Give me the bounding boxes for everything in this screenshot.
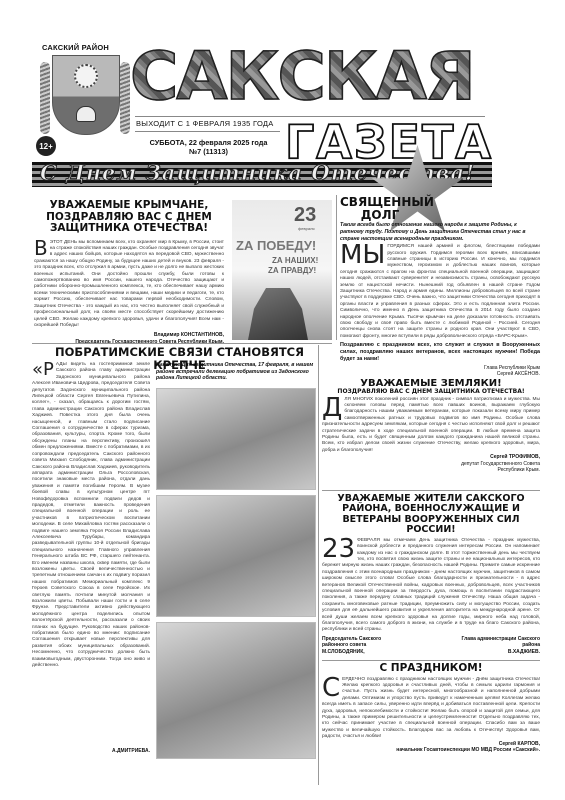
article-konstantinov: УВАЖАЕМЫЕ КРЫМЧАНЕ, ПОЗДРАВЛЯЮ ВАС С ДНЕ… — [34, 200, 224, 345]
photo-delegation-memorial — [156, 495, 316, 617]
issue-dateline: СУББОТА, 22 февраля 2025 года №7 (11313) — [136, 138, 281, 156]
column-divider — [318, 345, 319, 785]
poster-slogan-3: ZА ПРАВДУ! — [268, 266, 316, 275]
signer-left: Председатель Сакского районного совета М… — [322, 636, 402, 656]
dropcap: «Р — [32, 362, 54, 378]
dropcap: МЫ — [340, 244, 385, 266]
section-divider — [322, 490, 540, 491]
poster-date-number: 23 — [294, 204, 316, 227]
article-body: ДЛЯ МНОГИХ поколений россиян этот праздн… — [322, 397, 540, 455]
divider — [135, 131, 280, 132]
article-district: УВАЖАЕМЫЕ ЖИТЕЛИ САКСКОГО РАЙОНА, ВОЕННО… — [322, 494, 540, 655]
article-body: СЕРДЕЧНО поздравляю с праздником настоящ… — [322, 677, 540, 741]
age-rating-badge: 12+ — [36, 136, 56, 156]
signers: Председатель Сакского районного совета М… — [322, 636, 540, 656]
crest-wheat-right — [120, 62, 130, 134]
signature-name: Сергей ТРОФИМОВ, — [322, 454, 540, 461]
article-karpov: С ПРАЗДНИКОМ! СЕРДЕЧНО поздравляю с праз… — [322, 663, 540, 754]
article-headline: УВАЖАЕМЫЕ КРЫМЧАНЕ, ПОЗДРАВЛЯЮ ВАС С ДНЕ… — [34, 200, 224, 235]
poster-slogan-2: ZА НАШИХ! — [272, 256, 318, 265]
article-lead: Накануне Дня защитника Отечества, 17 фев… — [156, 362, 326, 382]
founded-line: ВЫХОДИТ С 1 ФЕВРАЛЯ 1935 ГОДА — [136, 119, 274, 128]
issue-number: №7 (11313) — [136, 147, 281, 156]
signature-title: начальник Госавтоинспекции МО МВД России… — [322, 747, 540, 754]
soldier-illustration — [248, 288, 308, 340]
article-headline: УВАЖАЕМЫЕ ЖИТЕЛИ САКСКОГО РАЙОНА, ВОЕННО… — [322, 494, 540, 536]
photo-signing-agreement — [156, 388, 316, 490]
dropcap: В — [34, 240, 48, 256]
crest-wheat-left — [40, 62, 50, 134]
signature-name: Сергей АКСЁНОВ. — [340, 371, 540, 378]
newspaper-title-line1: САКСКАЯ — [130, 42, 490, 112]
signer-right: Глава администрации Сакского района В.ХА… — [460, 636, 540, 656]
article-body: ВЭТОТ ДЕНЬ мы вспоминаем всех, кто охран… — [34, 240, 224, 330]
article-body: 23ФЕВРАЛЯ мы отмечаем День защитника Оте… — [322, 538, 540, 634]
district-label: САКСКИЙ РАЙОН — [42, 43, 109, 52]
signature-title: депутат Государственного Совета Республи… — [442, 461, 540, 474]
column-divider — [336, 195, 337, 340]
issue-date: СУББОТА, 22 февраля 2025 года — [136, 138, 281, 147]
section-divider — [32, 343, 332, 344]
article-lead: Таким всегда было отношение нашего народ… — [340, 222, 540, 242]
photo-museum-visit — [156, 622, 316, 759]
poster-date-month: февраля — [298, 226, 315, 231]
section-divider — [322, 660, 540, 661]
holiday-poster: 23 февраля ZА ПОБЕДУ! ZА НАШИХ! ZА ПРАВД… — [232, 200, 332, 340]
signature-name: А.ДМИТРИЕВА. — [32, 748, 150, 755]
article-pobratim-body: «РАДЫ видеть на гостеприимной земле Сакс… — [32, 362, 150, 782]
article-headline: С ПРАЗДНИКОМ! — [322, 663, 540, 675]
article-closing: Поздравляю с праздником всех, кто служит… — [340, 342, 540, 362]
shell-icon — [76, 106, 96, 122]
article-body: МЫГОРДИМСЯ нашей армией и флотом, блестя… — [340, 244, 540, 340]
sun-icon — [74, 64, 98, 88]
article-trofimov: УВАЖАЕМЫЕ ЗЕМЛЯКИ! ПОЗДРАВЛЯЮ ВАС С ДНЕМ… — [322, 378, 540, 474]
article-headline-line2: ДОЛГ — [340, 209, 420, 222]
article-aksenov: СВЯЩЕННЫЙ ДОЛГ Таким всегда было отношен… — [340, 196, 540, 378]
dropcap: Д — [322, 397, 342, 419]
poster-slogan-1: ZА ПОБЕДУ! — [236, 238, 316, 253]
dropcap: С — [322, 677, 340, 699]
dropcap: 23 — [322, 538, 355, 560]
article-subheadline: ПОЗДРАВЛЯЮ ВАС С ДНЕМ ЗАЩИТНИКА ОТЕЧЕСТВ… — [322, 389, 540, 396]
